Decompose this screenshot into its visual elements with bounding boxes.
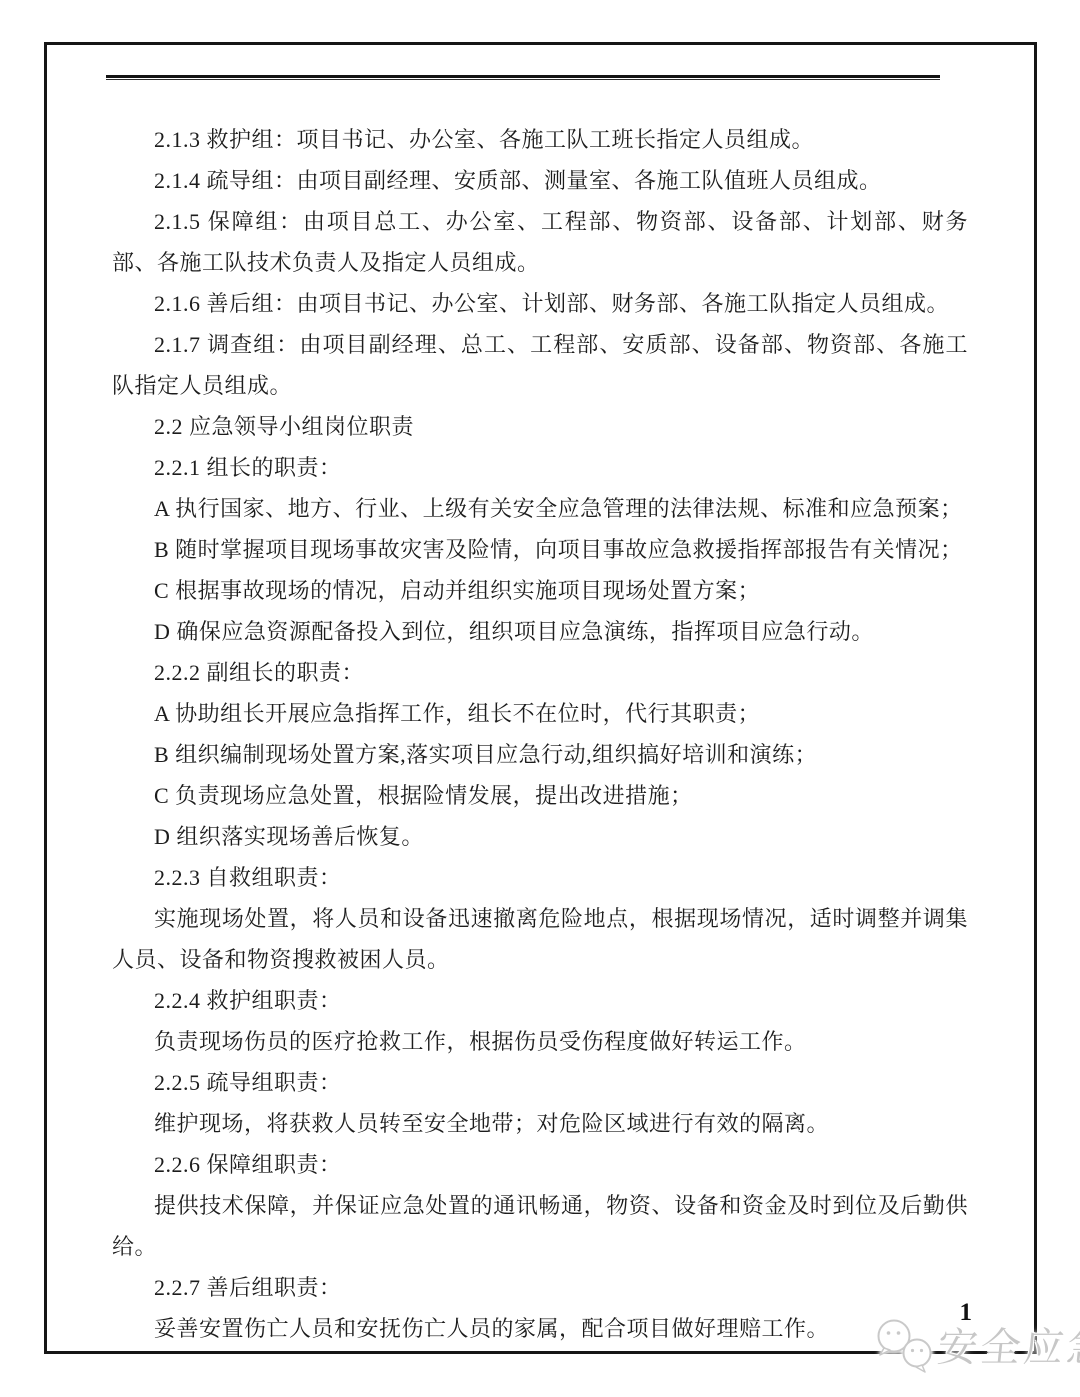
doc-paragraph-2-1-5: 2.1.5 保障组：由项目总工、办公室、工程部、物资部、设备部、计划部、财务部、… xyxy=(112,201,968,283)
doc-paragraph-2-2-6-body: 提供技术保障，并保证应急处置的通讯畅通，物资、设备和资金及时到位及后勤供给。 xyxy=(112,1185,968,1267)
document-body: 2.1.3 救护组：项目书记、办公室、各施工队工班长指定人员组成。 2.1.4 … xyxy=(112,119,968,1349)
doc-item-2-2-2-d: D 组织落实现场善后恢复。 xyxy=(112,816,968,857)
watermark: 安全应急 xyxy=(872,1316,1080,1373)
doc-paragraph-2-2-5-body: 维护现场，将获救人员转至安全地带；对危险区域进行有效的隔离。 xyxy=(112,1103,968,1144)
doc-paragraph-2-1-6: 2.1.6 善后组：由项目书记、办公室、计划部、财务部、各施工队指定人员组成。 xyxy=(112,283,968,324)
doc-heading-2-2-7: 2.2.7 善后组职责： xyxy=(112,1267,968,1308)
doc-item-2-2-2-c: C 负责现场应急处置，根据险情发展，提出改进措施； xyxy=(112,775,968,816)
doc-heading-2-2-2: 2.2.2 副组长的职责： xyxy=(112,652,968,693)
watermark-label: 安全应急 xyxy=(935,1316,1080,1373)
doc-item-2-2-2-a: A 协助组长开展应急指挥工作，组长不在位时，代行其职责； xyxy=(112,693,968,734)
doc-heading-2-2-6: 2.2.6 保障组职责： xyxy=(112,1144,968,1185)
doc-item-2-2-1-d: D 确保应急资源配备投入到位，组织项目应急演练，指挥项目应急行动。 xyxy=(112,611,968,652)
doc-paragraph-2-1-3: 2.1.3 救护组：项目书记、办公室、各施工队工班长指定人员组成。 xyxy=(112,119,968,160)
doc-item-2-2-1-b: B 随时掌握项目现场事故灾害及险情，向项目事故应急救援指挥部报告有关情况； xyxy=(112,529,968,570)
doc-heading-2-2-3: 2.2.3 自救组职责： xyxy=(112,857,968,898)
doc-paragraph-2-1-4: 2.1.4 疏导组：由项目副经理、安质部、测量室、各施工队值班人员组成。 xyxy=(112,160,968,201)
doc-item-2-2-1-c: C 根据事故现场的情况，启动并组织实施项目现场处置方案； xyxy=(112,570,968,611)
header-rule xyxy=(106,75,940,80)
doc-heading-2-2-4: 2.2.4 救护组职责： xyxy=(112,980,968,1021)
doc-heading-2-2-1: 2.2.1 组长的职责： xyxy=(112,447,968,488)
doc-item-2-2-1-a: A 执行国家、地方、行业、上级有关安全应急管理的法律法规、标准和应急预案； xyxy=(112,488,968,529)
doc-paragraph-2-2-7-body: 妥善安置伤亡人员和安抚伤亡人员的家属，配合项目做好理赔工作。 xyxy=(112,1308,968,1349)
doc-item-2-2-2-b: B 组织编制现场处置方案,落实项目应急行动,组织搞好培训和演练； xyxy=(112,734,968,775)
doc-paragraph-2-1-7: 2.1.7 调查组：由项目副经理、总工、工程部、安质部、设备部、物资部、各施工队… xyxy=(112,324,968,406)
chat-bubbles-icon xyxy=(872,1317,938,1373)
doc-heading-2-2-5: 2.2.5 疏导组职责： xyxy=(112,1062,968,1103)
doc-heading-2-2: 2.2 应急领导小组岗位职责 xyxy=(112,406,968,447)
page-border-frame: 2.1.3 救护组：项目书记、办公室、各施工队工班长指定人员组成。 2.1.4 … xyxy=(44,42,1037,1354)
doc-paragraph-2-2-3-body: 实施现场处置，将人员和设备迅速撤离危险地点，根据现场情况，适时调整并调集人员、设… xyxy=(112,898,968,980)
doc-paragraph-2-2-4-body: 负责现场伤员的医疗抢救工作，根据伤员受伤程度做好转运工作。 xyxy=(112,1021,968,1062)
